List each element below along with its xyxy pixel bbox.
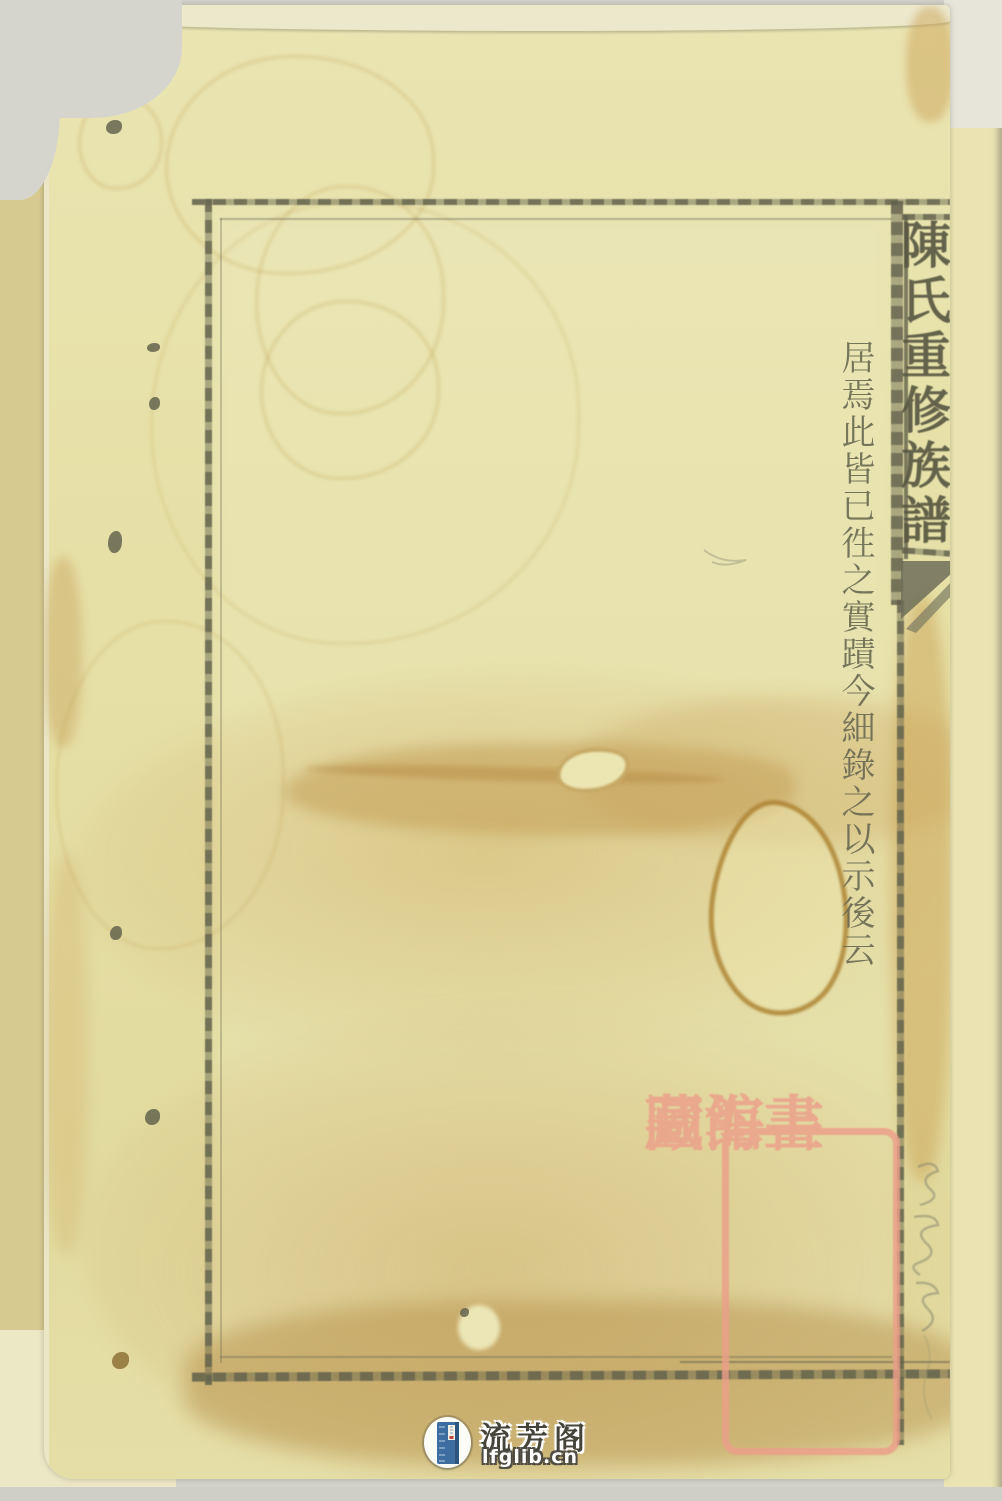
seal-right-column-text: 上海圖 <box>639 1092 819 1178</box>
watermark-site-url: lfglib.cn <box>482 1446 578 1468</box>
library-seal-stamp: 書館藏 上海圖 <box>722 1128 900 1455</box>
thread-bound-book-icon <box>424 1417 471 1468</box>
right-underpaper-strip <box>944 0 1002 1501</box>
left-underpaper-strip <box>0 182 47 1342</box>
aged-paper-sheet: 居焉此皆已徃之實蹟今細錄之以示後云 陳氏重修族譜 書館藏 上海圖 <box>44 5 950 1479</box>
right-strip-gray-top <box>944 0 1002 128</box>
site-watermark: 流芳阁 lfglib.cn <box>420 1413 660 1477</box>
faint-handwriting-marks <box>913 1164 938 1419</box>
scanned-genealogy-page: 居焉此皆已徃之實蹟今細錄之以示後云 陳氏重修族譜 書館藏 上海圖 <box>0 0 1002 1501</box>
watermark-badge-circle <box>424 1417 471 1468</box>
bottom-scanbed-strip <box>0 1487 1002 1501</box>
